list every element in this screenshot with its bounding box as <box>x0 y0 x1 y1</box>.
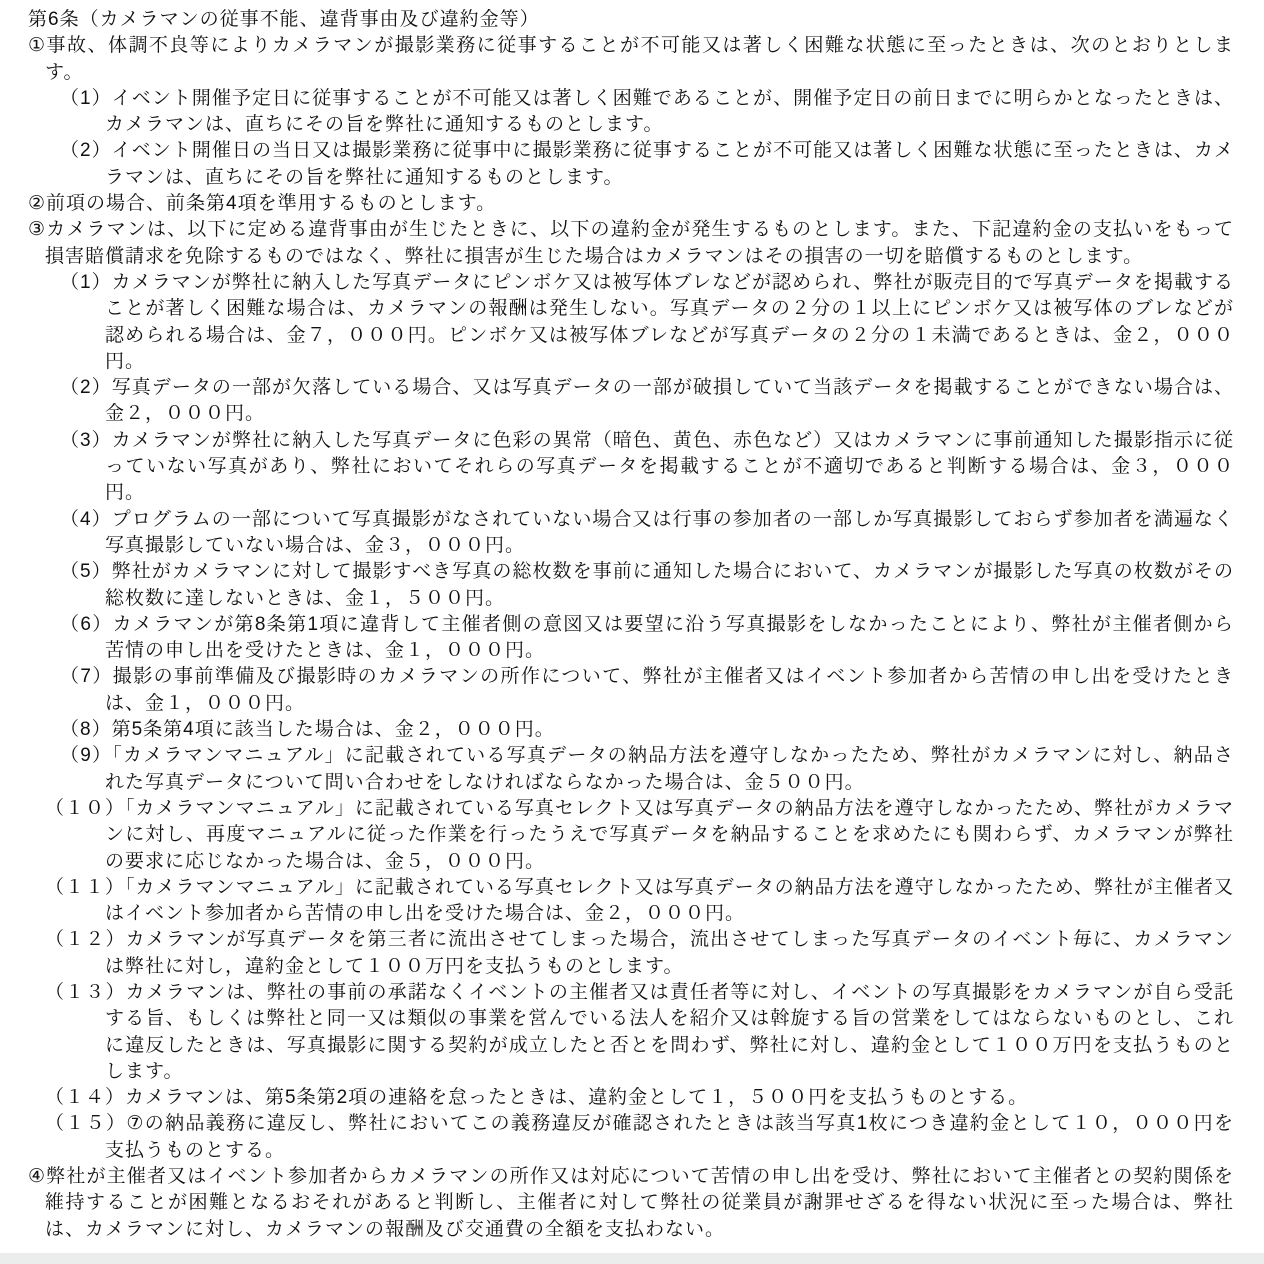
clause-3-item-4: （4）プログラムの一部について写真撮影がなされていない場合又は行事の参加者の一部… <box>105 507 1234 560</box>
article-heading: 第6条（カメラマンの従事不能、違背事由及び違約金等） <box>28 7 1234 33</box>
clause-1-item-1: （1）イベント開催予定日に従事することが不可能又は著しく困難であることが、開催予… <box>105 86 1234 139</box>
clause-3-item-6: （6）カメラマンが第8条第1項に違背して主催者側の意図又は要望に沿う写真撮影をし… <box>105 612 1234 665</box>
clause-3-item-5: （5）弊社がカメラマンに対して撮影すべき写真の総枚数を事前に通知した場合において… <box>105 559 1234 612</box>
clause-3-item-2: （2）写真データの一部が欠落している場合、又は写真データの一部が破損していて当該… <box>105 375 1234 428</box>
clause-3-item-14: （１４）カメラマンは、第5条第2項の連絡を怠ったときは、違約金として１，５００円… <box>105 1085 1234 1111</box>
clause-3-item-7: （7）撮影の事前準備及び撮影時のカメラマンの所作について、弊社が主催者又はイベン… <box>105 664 1234 717</box>
clause-1: ①事故、体調不良等によりカメラマンが撮影業務に従事することが不可能又は著しく困難… <box>45 33 1234 86</box>
clause-1-item-2: （2）イベント開催日の当日又は撮影業務に従事中に撮影業務に従事することが不可能又… <box>105 138 1234 191</box>
clause-3-item-11: （１１）「カメラマンマニュアル」に記載されている写真セレクト又は写真データの納品… <box>105 875 1234 928</box>
contract-document-page: 第6条（カメラマンの従事不能、違背事由及び違約金等） ①事故、体調不良等によりカ… <box>0 0 1264 1243</box>
clause-4: ④弊社が主催者又はイベント参加者からカメラマンの所作又は対応について苦情の申し出… <box>45 1164 1234 1243</box>
clause-3-item-9: （9）「カメラマンマニュアル」に記載されている写真データの納品方法を遵守しなかっ… <box>105 743 1234 796</box>
clause-3: ③カメラマンは、以下に定める違背事由が生じたときに、以下の違約金が発生するものと… <box>45 217 1234 270</box>
clause-2: ②前項の場合、前条第4項を準用するものとします。 <box>45 191 1234 217</box>
page-bottom-strip <box>0 1253 1264 1264</box>
clause-3-item-1: （1）カメラマンが弊社に納入した写真データにピンボケ又は被写体ブレなどが認められ… <box>105 270 1234 375</box>
clause-3-item-13: （１３）カメラマンは、弊社の事前の承諾なくイベントの主催者又は責任者等に対し、イ… <box>105 980 1234 1085</box>
clause-3-item-3: （3）カメラマンが弊社に納入した写真データに色彩の異常（暗色、黄色、赤色など）又… <box>105 428 1234 507</box>
clause-3-item-8: （8）第5条第4項に該当した場合は、金２，０００円。 <box>105 717 1234 743</box>
clause-3-item-10: （１０）「カメラマンマニュアル」に記載されている写真セレクト又は写真データの納品… <box>105 796 1234 875</box>
clause-3-item-12: （１２）カメラマンが写真データを第三者に流出させてしまった場合，流出させてしまっ… <box>105 927 1234 980</box>
clause-3-item-15: （１５）⑦の納品義務に違反し、弊社においてこの義務違反が確認されたときは該当写真… <box>105 1111 1234 1164</box>
